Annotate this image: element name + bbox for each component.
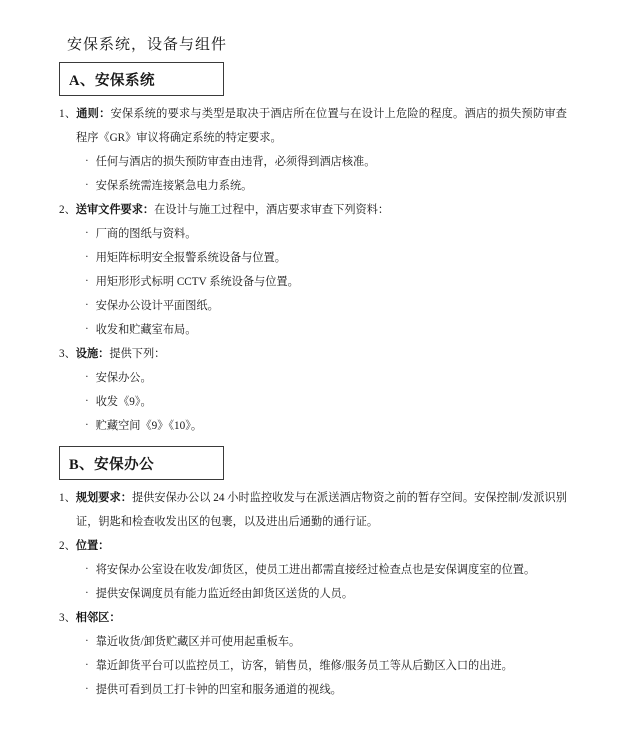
bullet-icon: · (85, 173, 89, 197)
bullet-icon: · (85, 221, 89, 245)
bullet-icon: · (85, 365, 89, 389)
bullet-item: ·安保系统需连接紧急电力系统。 (59, 174, 567, 198)
section-b-heading: B、安保办公 (69, 453, 154, 474)
bullet-icon: · (85, 149, 89, 173)
bullet-item: ·提供可看到员工打卡钟的凹室和服务通道的视线。 (59, 678, 567, 702)
item-label: 送审文件要求： (76, 204, 154, 216)
bullet-text: 安保系统需连接紧急电力系统。 (96, 180, 253, 192)
item-marker: 1、 (59, 108, 76, 120)
item-label: 规划要求： (76, 492, 132, 504)
numbered-item: 3、相邻区： (59, 606, 567, 630)
bullet-text: 用矩形形式标明 CCTV 系统设备与位置。 (96, 276, 299, 288)
bullet-icon: · (85, 389, 89, 413)
bullet-item: ·贮藏空间《9》《10》。 (59, 414, 567, 438)
item-marker: 3、 (59, 348, 76, 360)
page-title: 安保系统，设备与组件 (67, 36, 568, 54)
section-a-content: 1、通则：安保系统的要求与类型是取决于酒店所在位置与在设计上危险的程度。酒店的损… (59, 102, 567, 438)
item-text: 提供下列： (109, 348, 165, 360)
bullet-text: 安保办公设计平面图纸。 (96, 300, 219, 312)
bullet-icon: · (85, 677, 89, 701)
item-marker: 2、 (59, 204, 76, 216)
bullet-item: ·安保办公。 (59, 366, 567, 390)
bullet-icon: · (85, 653, 89, 677)
bullet-text: 任何与酒店的损失预防审查由违背，必须得到酒店核准。 (96, 156, 376, 168)
bullet-text: 安保办公。 (96, 372, 152, 384)
item-label: 通则： (76, 108, 110, 120)
numbered-item: 1、规划要求：提供安保办公以 24 小时监控收发与在派送酒店物资之前的暂存空间。… (59, 486, 567, 534)
bullet-text: 靠近卸货平台可以监控员工，访客，销售员，维修/服务员工等从后勤区入口的出进。 (96, 660, 513, 672)
bullet-text: 提供可看到员工打卡钟的凹室和服务通道的视线。 (96, 684, 342, 696)
item-text: 在设计与施工过程中，酒店要求审查下列资料： (154, 204, 389, 216)
bullet-icon: · (85, 413, 89, 437)
bullet-item: ·收发《9》。 (59, 390, 567, 414)
numbered-item: 1、通则：安保系统的要求与类型是取决于酒店所在位置与在设计上危险的程度。酒店的损… (59, 102, 567, 150)
bullet-icon: · (85, 557, 89, 581)
bullet-icon: · (85, 581, 89, 605)
bullet-text: 靠近收货/卸货贮藏区并可使用起重板车。 (96, 636, 300, 648)
bullet-item: ·用矩形形式标明 CCTV 系统设备与位置。 (59, 270, 567, 294)
bullet-text: 收发和贮藏室布局。 (96, 324, 197, 336)
bullet-item: ·安保办公设计平面图纸。 (59, 294, 567, 318)
bullet-icon: · (85, 629, 89, 653)
item-marker: 2、 (59, 540, 76, 552)
numbered-item: 2、位置： (59, 534, 567, 558)
section-a-heading-box: A、安保系统 (59, 62, 224, 96)
item-text: 提供安保办公以 24 小时监控收发与在派送酒店物资之前的暂存空间。安保控制/发派… (76, 492, 567, 528)
bullet-item: ·任何与酒店的损失预防审查由违背，必须得到酒店核准。 (59, 150, 567, 174)
bullet-item: ·收发和贮藏室布局。 (59, 318, 567, 342)
item-label: 位置： (76, 540, 110, 552)
document-page: 安保系统，设备与组件 A、安保系统 1、通则：安保系统的要求与类型是取决于酒店所… (0, 0, 623, 702)
bullet-item: ·靠近卸货平台可以监控员工，访客，销售员，维修/服务员工等从后勤区入口的出进。 (59, 654, 567, 678)
item-marker: 1、 (59, 492, 76, 504)
bullet-item: ·提供安保调度员有能力监近经由卸货区送货的人员。 (59, 582, 567, 606)
bullet-text: 用矩阵标明安全报警系统设备与位置。 (96, 252, 286, 264)
section-b-heading-box: B、安保办公 (59, 446, 224, 480)
bullet-item: ·厂商的图纸与资料。 (59, 222, 567, 246)
item-label: 设施： (76, 348, 110, 360)
section-a-heading: A、安保系统 (69, 69, 155, 90)
item-text: 安保系统的要求与类型是取决于酒店所在位置与在设计上危险的程度。酒店的损失预防审查… (76, 108, 567, 144)
bullet-icon: · (85, 317, 89, 341)
bullet-item: ·靠近收货/卸货贮藏区并可使用起重板车。 (59, 630, 567, 654)
section-b-content: 1、规划要求：提供安保办公以 24 小时监控收发与在派送酒店物资之前的暂存空间。… (59, 486, 567, 702)
bullet-text: 将安保办公室设在收发/卸货区，使员工进出都需直接经过检查点也是安保调度室的位置。 (96, 564, 535, 576)
bullet-text: 贮藏空间《9》《10》。 (96, 420, 202, 432)
bullet-icon: · (85, 293, 89, 317)
bullet-text: 厂商的图纸与资料。 (96, 228, 197, 240)
numbered-item: 2、送审文件要求：在设计与施工过程中，酒店要求审查下列资料： (59, 198, 567, 222)
bullet-icon: · (85, 245, 89, 269)
bullet-text: 提供安保调度员有能力监近经由卸货区送货的人员。 (96, 588, 353, 600)
bullet-item: ·用矩阵标明安全报警系统设备与位置。 (59, 246, 567, 270)
bullet-text: 收发《9》。 (96, 396, 152, 408)
item-label: 相邻区： (76, 612, 121, 624)
item-marker: 3、 (59, 612, 76, 624)
bullet-icon: · (85, 269, 89, 293)
bullet-item: ·将安保办公室设在收发/卸货区，使员工进出都需直接经过检查点也是安保调度室的位置… (59, 558, 567, 582)
numbered-item: 3、设施：提供下列： (59, 342, 567, 366)
